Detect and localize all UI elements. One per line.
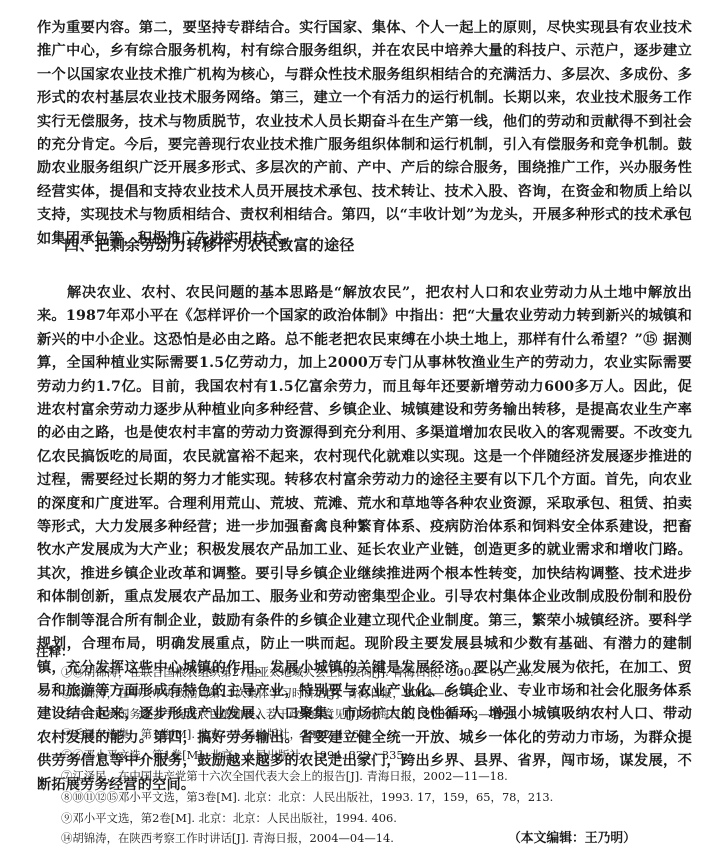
note-item: ⑨邓小平文选，第2卷[M]. 北京：北京：人民出版社，1994. 406. <box>61 808 681 829</box>
notes-label: 注释： <box>36 642 74 660</box>
editor-note: （本文编辑：王乃明） <box>508 827 636 846</box>
note-item: ②胡锦涛，在中共中央政治局第11次集体学习时讲话[J]. 青海日报，2004—0… <box>61 683 681 704</box>
note-item: ③中共中央国务院关于促进农民增加收入若干政策的意见[J]. 青海日报，2004—… <box>61 704 681 725</box>
section-heading: 四、把剩余劳动力转移作为农民致富的途径 <box>64 234 355 255</box>
note-item: ⑦江泽民，在中国共产党第十六次全国代表大会上的报告[J]. 青海日报，2002—… <box>61 766 681 787</box>
note-item: ④毛泽东选集，第1卷[M]. 北京：人民出版社，1952. 126. <box>61 724 681 745</box>
note-item: ①⑬胡锦涛，在联合国粮农组织第27届亚太地域大会上的致词[J]. 青海日报，20… <box>61 662 681 683</box>
paragraph-continued: 作为重要内容。第二，要坚持专群结合。实行国家、集体、个人一起上的原则，尽快实现县… <box>37 17 692 251</box>
note-item: ⑧⑩⑪⑫⑮邓小平文选，第3卷[M]. 北京：北京：人民出版社，1993. 17，… <box>61 787 681 808</box>
document-page: 作为重要内容。第二，要坚持专群结合。实行国家、集体、个人一起上的原则，尽快实现县… <box>0 0 728 864</box>
note-item: ⑤⑥邓小平文选，第1卷[M]. 北京：人民出版社，1994. 322，335. <box>61 745 681 766</box>
notes-list: ①⑬胡锦涛，在联合国粮农组织第27届亚太地域大会上的致词[J]. 青海日报，20… <box>61 662 681 849</box>
